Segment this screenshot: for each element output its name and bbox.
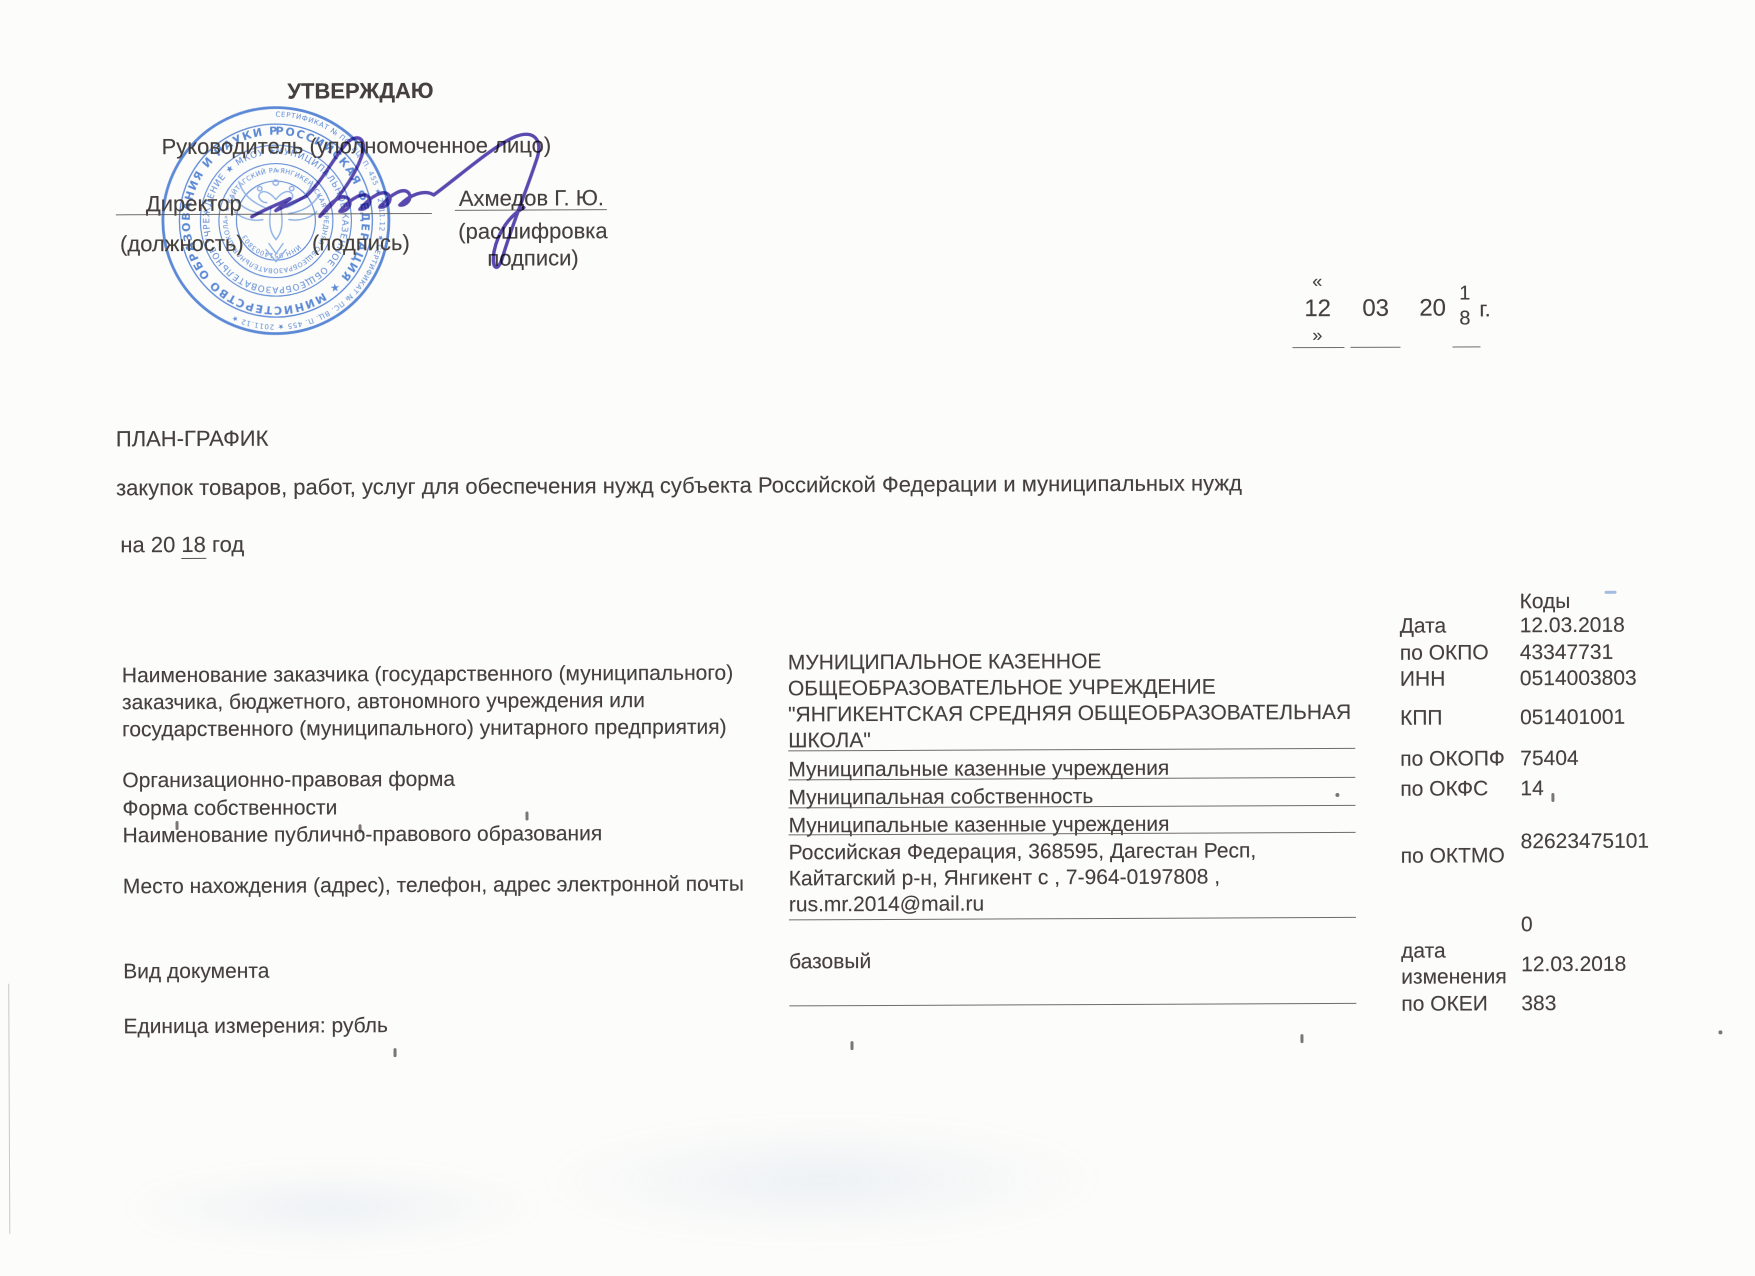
date-month-line — [1350, 347, 1400, 348]
code-label-okopf: по ОКОПФ — [1400, 746, 1505, 772]
code-label-change-date: дата изменения — [1401, 938, 1513, 990]
ownership-form-label: Форма собственности — [122, 795, 337, 822]
year-suffix: год — [212, 532, 244, 557]
scan-artifact — [394, 1048, 397, 1057]
date-month: 03 — [1362, 297, 1389, 321]
date-century: 20 — [1419, 297, 1446, 321]
document-subtitle: закупок товаров, работ, услуг для обеспе… — [116, 470, 1242, 501]
date-close-quote: » — [1312, 326, 1322, 344]
customer-name-label: Наименование заказчика (государственного… — [122, 659, 794, 743]
code-label-date: Дата — [1400, 614, 1447, 640]
scan-artifact — [525, 812, 528, 821]
document-kind-value: базовый — [789, 949, 871, 975]
scan-artifact — [1335, 793, 1339, 797]
public-entity-label: Наименование публично-правового образова… — [123, 821, 603, 849]
code-label-okei: по ОКЕИ — [1401, 991, 1488, 1017]
legal-form-label: Организационно-правовая форма — [122, 767, 455, 794]
scan-artifact — [176, 821, 179, 830]
scanned-document-page: СЕРТИФИКАТ № ПС. ВЦ. П. 455 ★ 2011.12 ★ … — [0, 0, 1755, 1276]
year-value: 18 — [181, 532, 206, 559]
document-kind-underline — [789, 1003, 1356, 1006]
code-value-inn: 0514003803 — [1520, 666, 1637, 693]
date-day-line — [1292, 347, 1344, 348]
date-year-suffix: г. — [1479, 296, 1491, 322]
location-label: Место нахождения (адрес), телефон, адрес… — [123, 872, 744, 901]
code-label-inn: ИНН — [1400, 667, 1446, 693]
code-label-okpo: по ОКПО — [1400, 640, 1489, 666]
code-value-okfs: 14 — [1520, 776, 1543, 802]
scan-artifact — [1605, 591, 1617, 594]
code-label-okfs: по ОКФС — [1400, 776, 1488, 802]
year-prefix: на 20 — [120, 532, 175, 557]
code-value-date: 12.03.2018 — [1520, 613, 1625, 639]
document-title: ПЛАН-ГРАФИК — [116, 426, 269, 453]
code-value-okpo: 43347731 — [1520, 640, 1614, 666]
code-value-zero: 0 — [1521, 912, 1533, 938]
date-year-digit-top: 1 — [1459, 283, 1470, 303]
unit-of-measure-label: Единица измерения: рубль — [123, 1013, 388, 1040]
code-value-okopf: 75404 — [1520, 746, 1579, 772]
position-caption: (должность) — [120, 231, 244, 258]
code-label-kpp: КПП — [1400, 706, 1443, 732]
scan-edge-line — [8, 984, 10, 1234]
location-value: Российская Федерация, 368595, Дагестан Р… — [789, 838, 1337, 918]
document-content: СЕРТИФИКАТ № ПС. ВЦ. П. 455 ★ 2011.12 ★ … — [0, 0, 1755, 1276]
code-value-kpp: 051401001 — [1520, 705, 1625, 731]
codes-header: Коды — [1520, 589, 1571, 615]
document-kind-label: Вид документа — [123, 959, 269, 986]
code-value-change-date: 12.03.2018 — [1521, 952, 1626, 978]
date-year-digit-bottom: 8 — [1459, 308, 1470, 328]
page-showthrough-smudge — [122, 1166, 542, 1248]
date-open-quote: « — [1312, 272, 1322, 290]
date-year-line — [1452, 346, 1480, 347]
document-year-line: на 20 18 год — [120, 532, 244, 559]
date-day: 12 — [1304, 297, 1331, 321]
customer-name-value: МУНИЦИПАЛЬНОЕ КАЗЕННОЕ ОБЩЕОБРАЗОВАТЕЛЬН… — [788, 648, 1358, 754]
code-value-okei: 383 — [1521, 991, 1556, 1017]
scan-artifact — [1551, 793, 1554, 802]
approval-heading: УТВЕРЖДАЮ — [287, 78, 433, 105]
code-label-oktmo: по ОКТМО — [1401, 843, 1505, 869]
scan-artifact — [359, 824, 362, 833]
scan-artifact — [1718, 1030, 1722, 1034]
code-value-oktmo: 82623475101 — [1521, 829, 1663, 856]
page-showthrough-smudge — [542, 1119, 1103, 1241]
scan-artifact — [1300, 1034, 1303, 1043]
director-signature — [244, 131, 645, 283]
public-entity-value: Муниципальные казенные учреждения — [788, 812, 1169, 840]
scan-artifact — [850, 1041, 853, 1050]
